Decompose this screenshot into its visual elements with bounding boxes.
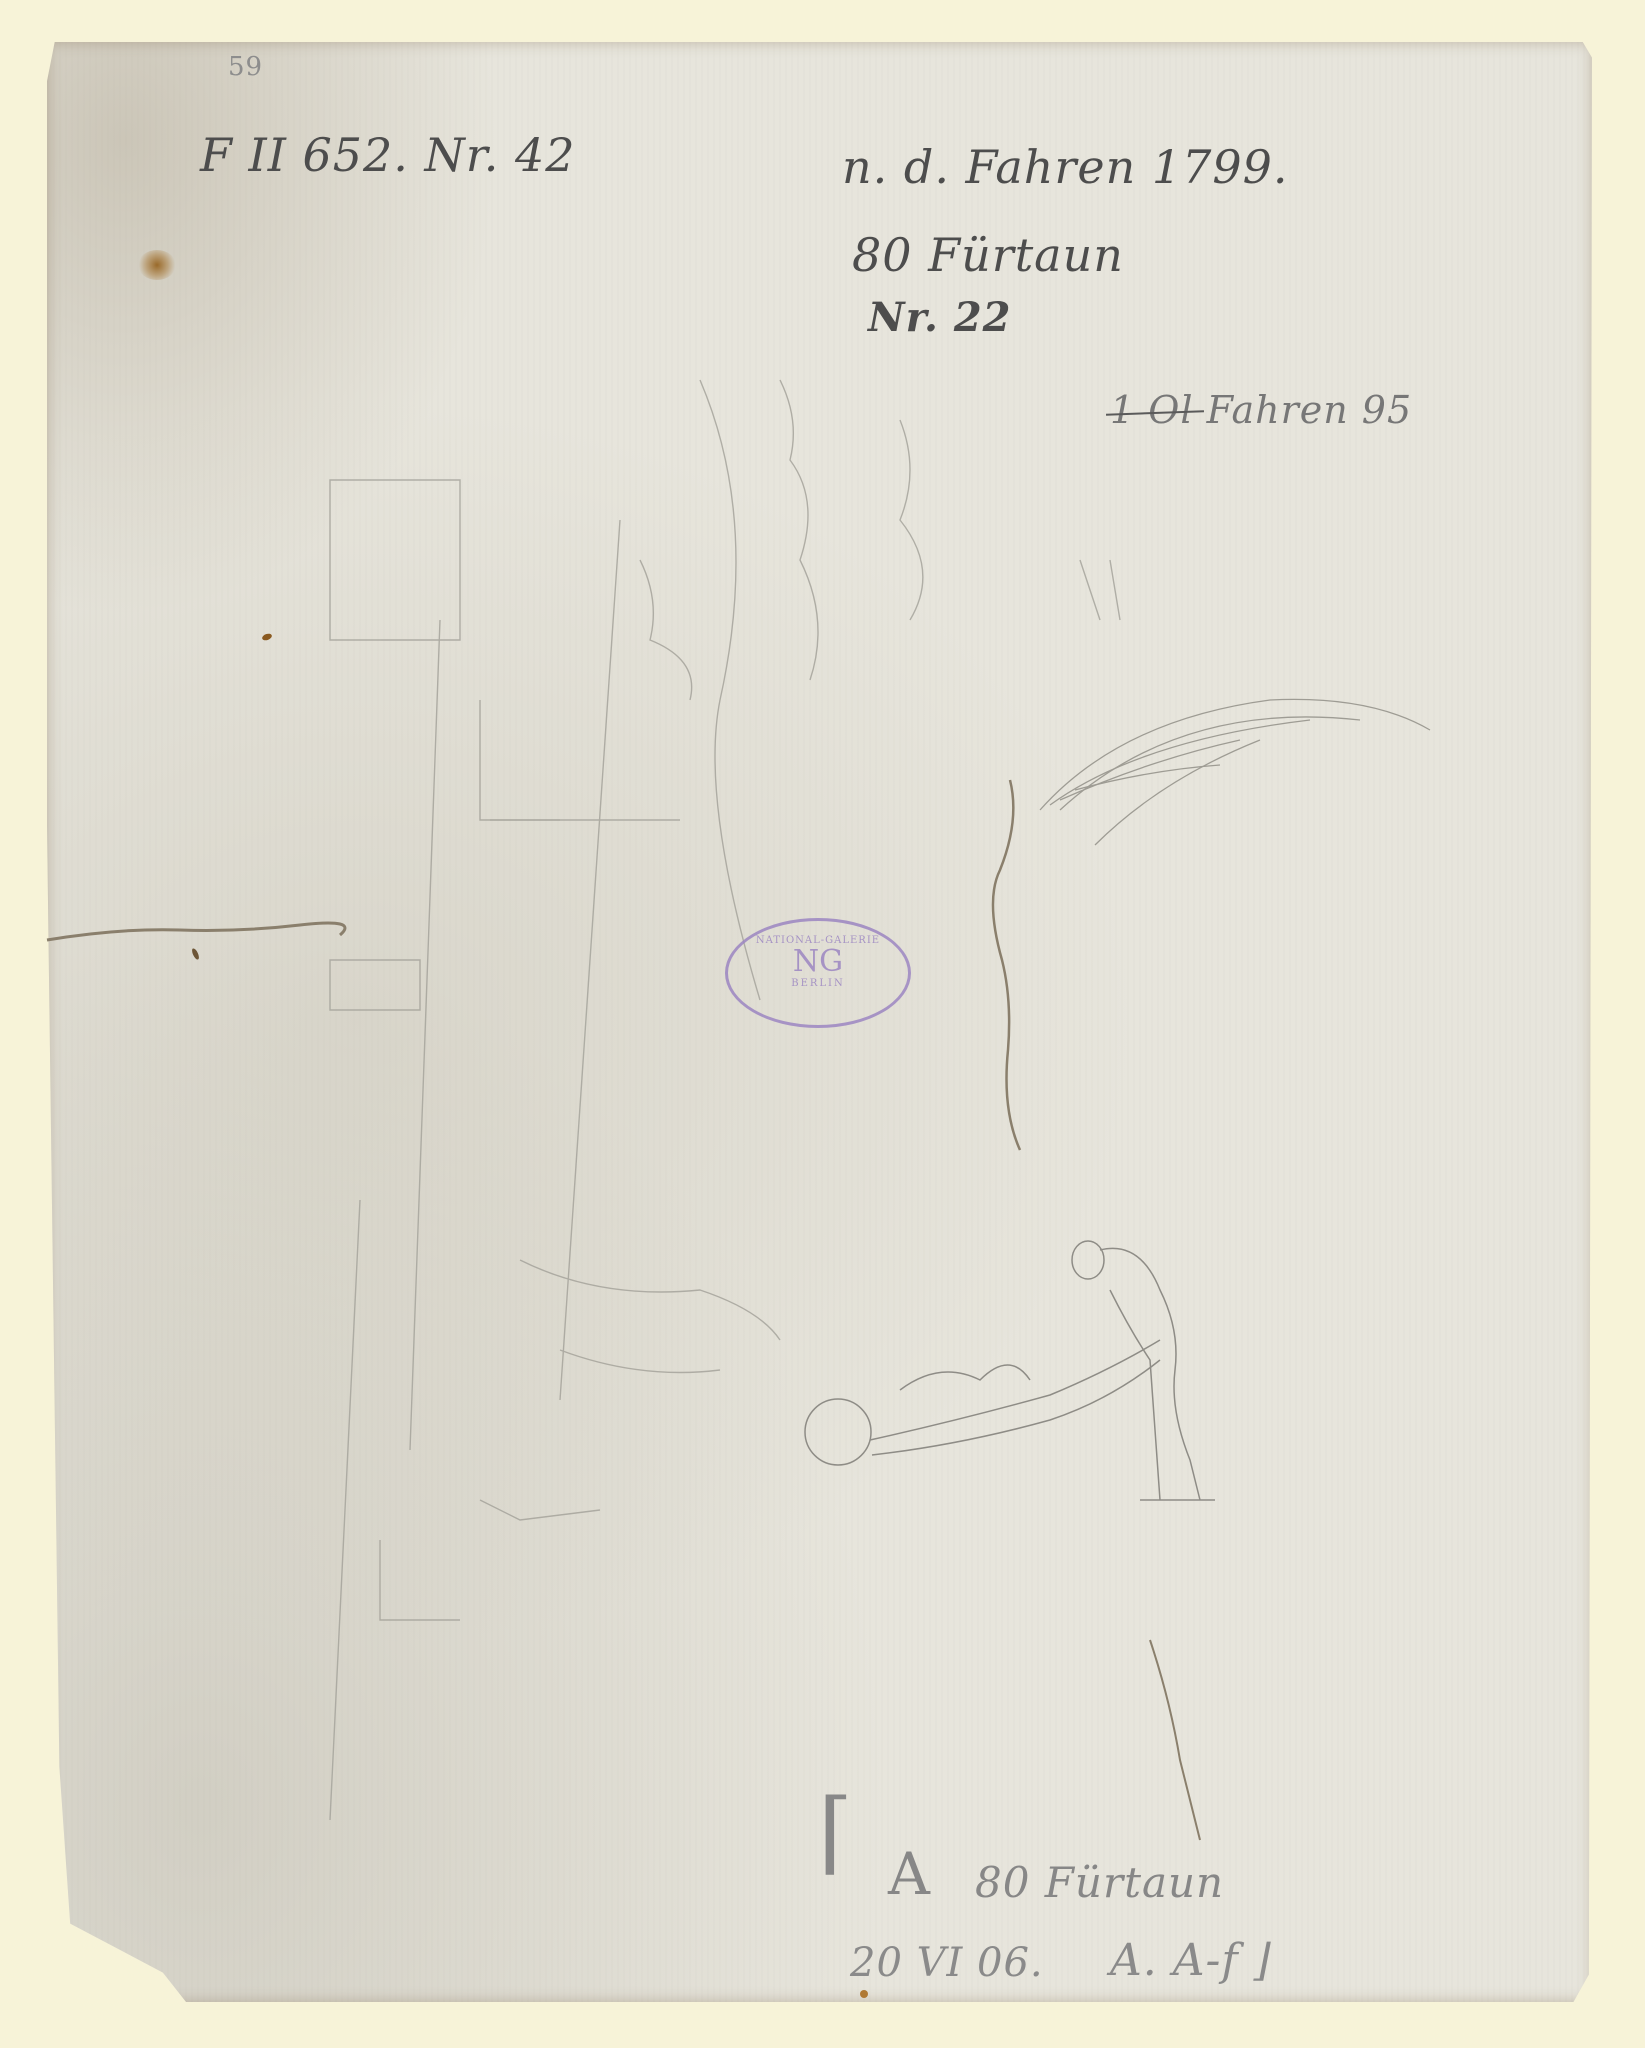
inscription-top-right-line2: 80 Fürtaun	[852, 228, 1124, 282]
bottom-inscription-letter: A	[888, 1840, 931, 1908]
inventory-number: F II 652. Nr. 42	[200, 128, 576, 182]
bottom-code: A. A-f ⌋	[1110, 1935, 1272, 1986]
bottom-bracket: ⌈	[818, 1780, 854, 1885]
foxing-spot	[860, 1990, 868, 1998]
inscription-top-right-line1: n. d. Fahren 1799.	[842, 140, 1289, 194]
struck-text: 1 Ol	[1110, 388, 1194, 432]
foxing-spot	[138, 250, 176, 280]
collection-stamp: NATIONAL-GALERIE NG BERLIN	[725, 918, 911, 1028]
stamp-monogram: NG	[728, 946, 908, 978]
page-number: 59	[228, 52, 263, 82]
right-middle-text: Fahren 95	[1207, 388, 1412, 432]
bottom-inscription-text: 80 Fürtaun	[975, 1858, 1224, 1907]
inscription-top-right-line3: Nr. 22	[868, 294, 1011, 341]
bottom-date: 20 VI 06.	[850, 1940, 1044, 1986]
stamp-bottom-text: BERLIN	[728, 978, 908, 989]
inscription-right-middle: 1 Ol Fahren 95	[1110, 388, 1412, 432]
